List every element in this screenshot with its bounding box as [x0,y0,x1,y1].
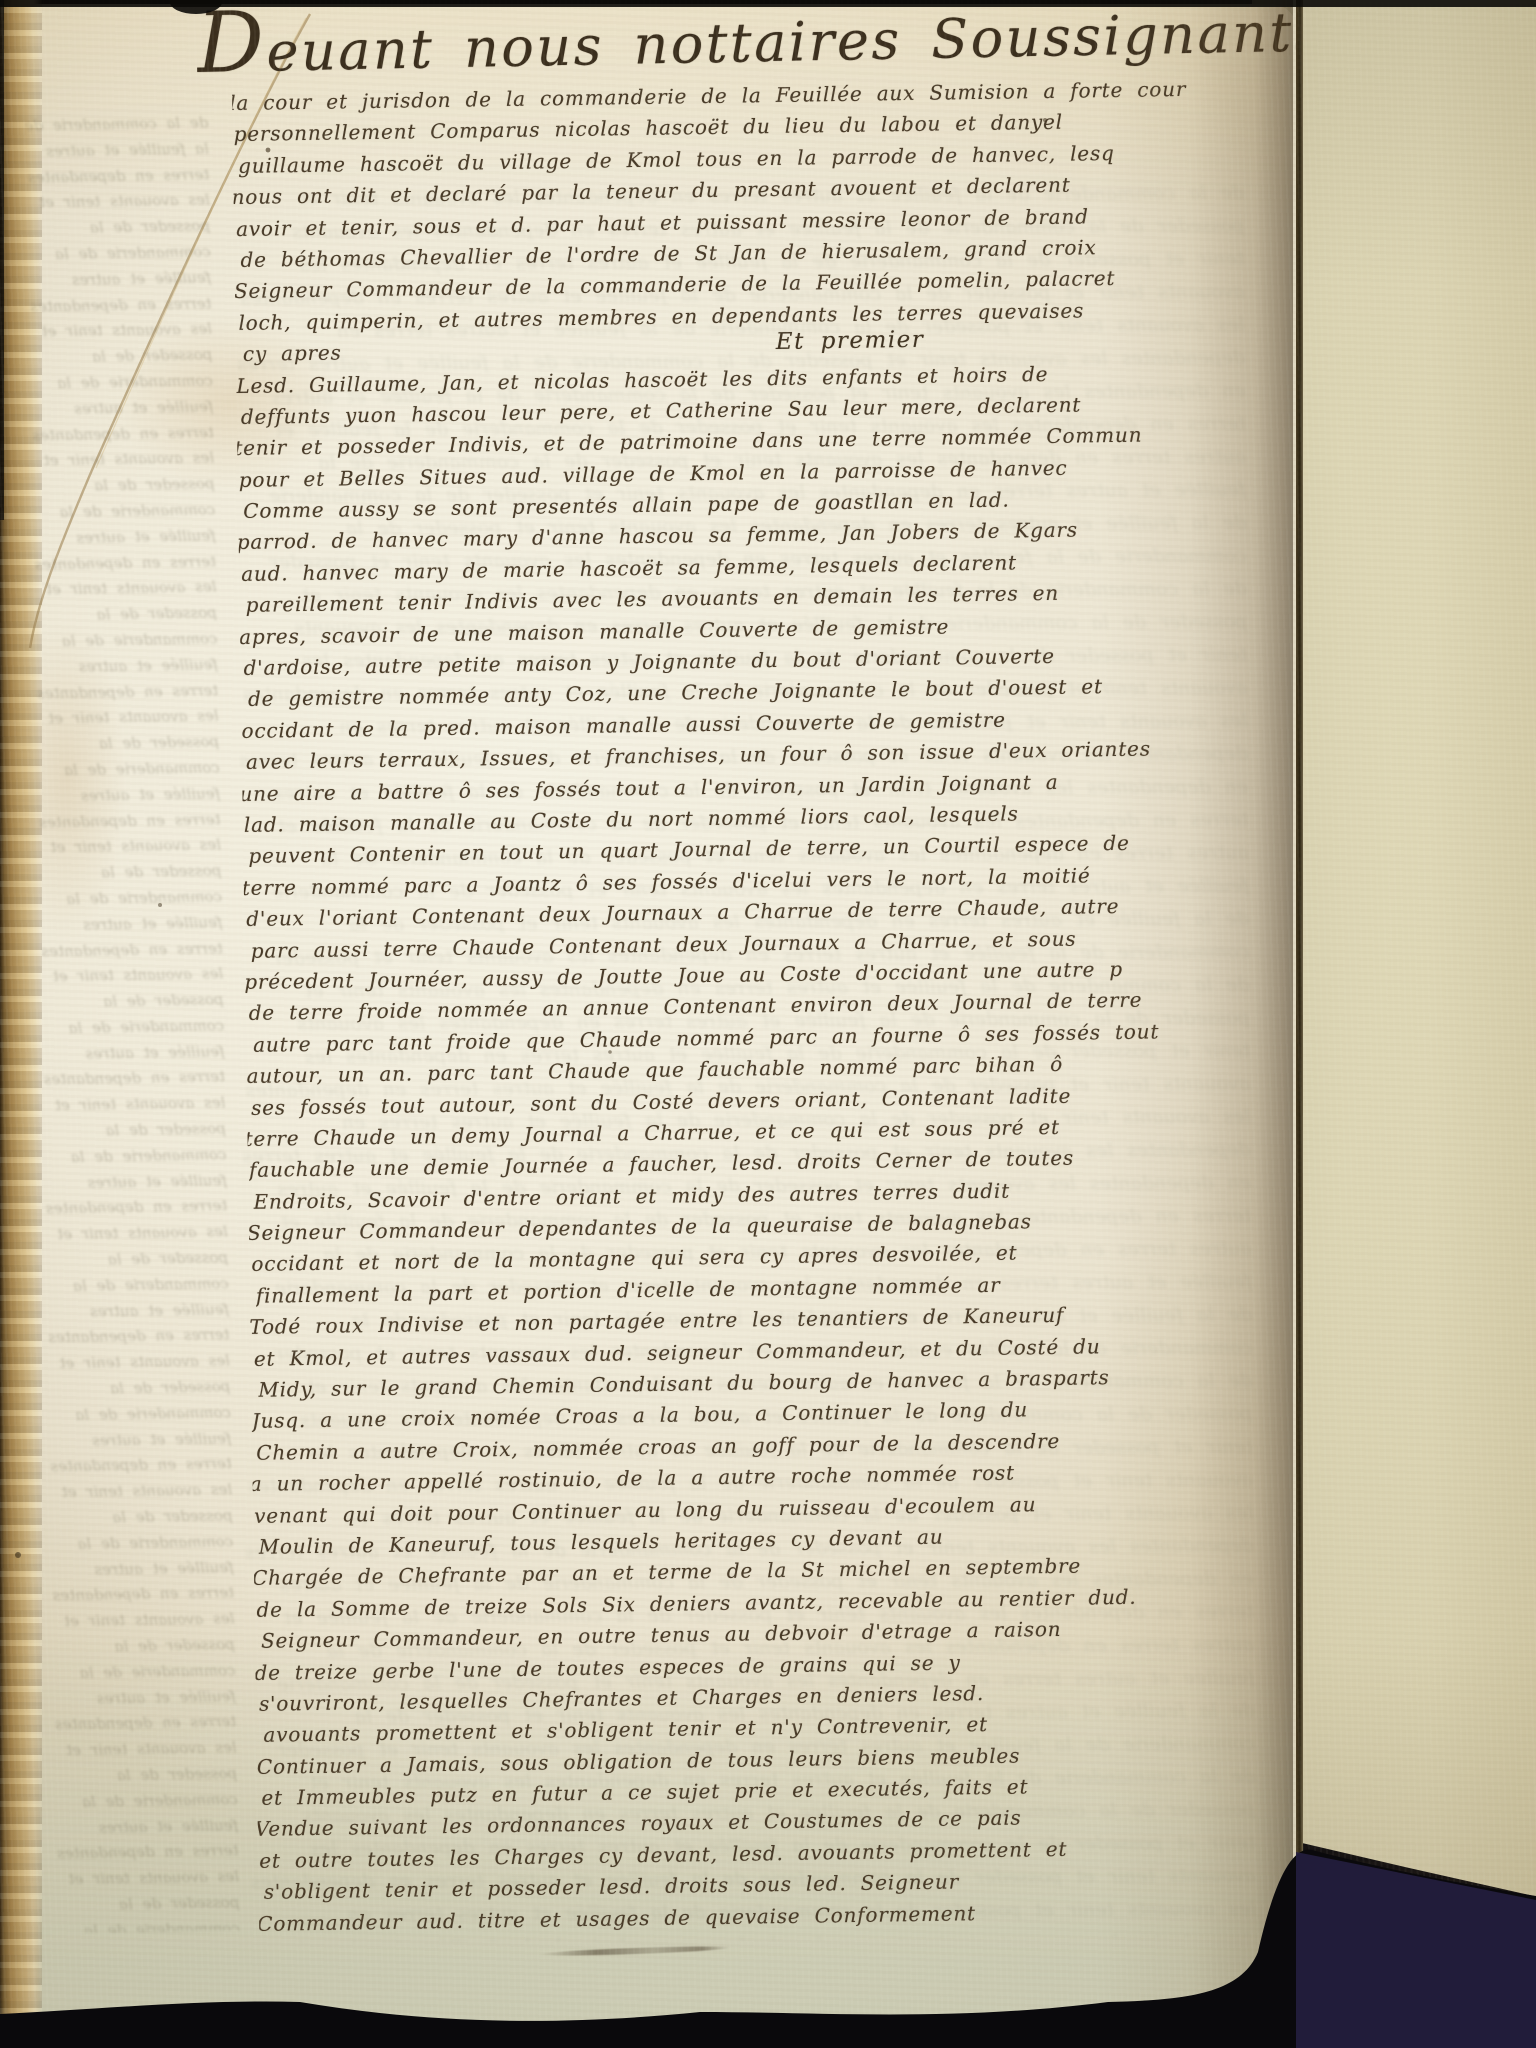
bleedthrough-text-left-margin: de la commanderie de la feuillée et autr… [18,110,240,1933]
gutter-curl-shadow [1100,0,1298,2040]
gutter-seam-shadow [1296,0,1303,2010]
section-heading: Et premier [776,325,925,359]
manuscript-photo: de la commanderie de la feuillée et autr… [0,0,1536,2048]
